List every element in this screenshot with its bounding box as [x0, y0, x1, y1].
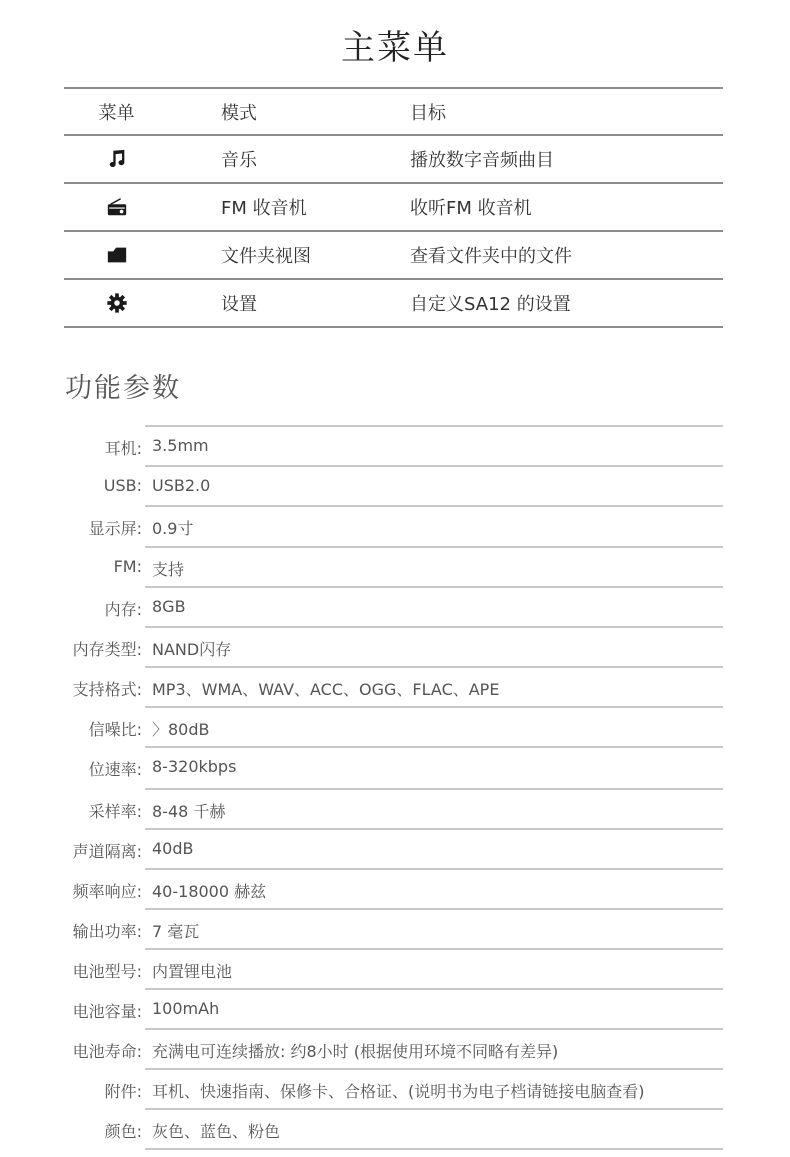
- spec-value: USB2.0: [152, 476, 210, 495]
- spec-label: FM:: [114, 557, 145, 576]
- spec-value: 8-48 千赫: [152, 799, 225, 822]
- spec-label: 附件:: [105, 1079, 145, 1102]
- menu-target-label: 播放数字音频曲目: [410, 146, 554, 172]
- spec-label: 电池型号:: [73, 959, 145, 982]
- spec-value: 灰色、蓝色、粉色: [152, 1119, 280, 1142]
- spec-row-colors: 颜色:灰色、蓝色、粉色: [145, 1108, 723, 1150]
- spec-row-formats: 支持格式:MP3、WMA、WAV、ACC、OGG、FLAC、APE: [145, 666, 723, 706]
- menu-target-label: 收听FM 收音机: [410, 194, 532, 220]
- menu-row-folder-view: 文件夹视图 查看文件夹中的文件: [64, 230, 723, 278]
- menu-row-settings: 设置 自定义SA12 的设置: [64, 278, 723, 328]
- spec-label: 声道隔离:: [73, 839, 145, 862]
- spec-row-battery-type: 电池型号:内置锂电池: [145, 948, 723, 988]
- spec-row-battery-capacity: 电池容量:100mAh: [145, 988, 723, 1028]
- spec-value: 7 毫瓦: [152, 919, 199, 942]
- spec-label: 频率响应:: [73, 879, 145, 902]
- menu-mode-label: 设置: [221, 290, 257, 316]
- spec-label: 输出功率:: [73, 919, 145, 942]
- spec-value: 8GB: [152, 597, 186, 616]
- spec-row-bitrate: 位速率:8-320kbps: [145, 746, 723, 788]
- spec-value: 3.5mm: [152, 436, 209, 455]
- folder-icon: [106, 244, 128, 266]
- specs-list: 耳机:3.5mm USB:USB2.0 显示屏:0.9寸 FM:支持 内存:8G…: [0, 425, 790, 1150]
- spec-value: 8-320kbps: [152, 757, 236, 776]
- spec-value: NAND闪存: [152, 637, 231, 660]
- spec-value: 100mAh: [152, 999, 219, 1018]
- spec-row-accessories: 附件:耳机、快速指南、保修卡、合格证、(说明书为电子档请链接电脑查看): [145, 1068, 723, 1108]
- menu-mode-label: 音乐: [221, 146, 257, 172]
- spec-value: 耳机、快速指南、保修卡、合格证、(说明书为电子档请链接电脑查看): [152, 1079, 645, 1102]
- spec-label: 内存:: [105, 597, 145, 620]
- menu-target-label: 自定义SA12 的设置: [410, 290, 571, 316]
- spec-row-channel-separation: 声道隔离:40dB: [145, 828, 723, 868]
- spec-row-sample-rate: 采样率:8-48 千赫: [145, 788, 723, 828]
- spec-row-snr: 信噪比:〉80dB: [145, 706, 723, 746]
- spec-row-output-power: 输出功率:7 毫瓦: [145, 908, 723, 948]
- spec-label: 显示屏:: [89, 516, 145, 539]
- spec-value: 〉80dB: [152, 717, 210, 740]
- spec-label: 内存类型:: [73, 637, 145, 660]
- spec-row-memory: 内存:8GB: [145, 586, 723, 626]
- spec-label: 颜色:: [105, 1119, 145, 1142]
- menu-target-label: 查看文件夹中的文件: [410, 242, 572, 268]
- spec-label: 电池容量:: [73, 999, 145, 1022]
- main-menu-table: 菜单 模式 目标 音乐 播放数字音频曲目 FM 收音机 收听FM 收音机: [64, 87, 723, 328]
- spec-row-memory-type: 内存类型:NAND闪存: [145, 626, 723, 666]
- spec-row-usb: USB:USB2.0: [145, 465, 723, 505]
- spec-value: 支持: [152, 557, 184, 580]
- spec-row-headphone: 耳机:3.5mm: [145, 425, 723, 465]
- spec-label: 支持格式:: [73, 677, 145, 700]
- page-title: 主菜单: [0, 20, 790, 69]
- spec-label: USB:: [104, 476, 145, 495]
- spec-label: 耳机:: [105, 436, 145, 459]
- radio-icon: [106, 196, 128, 218]
- spec-label: 信噪比:: [89, 717, 145, 740]
- music-note-icon: [106, 148, 128, 170]
- gear-icon: [106, 292, 128, 314]
- menu-row-fm-radio: FM 收音机 收听FM 收音机: [64, 182, 723, 230]
- header-mode: 模式: [221, 99, 257, 125]
- menu-mode-label: 文件夹视图: [221, 242, 311, 268]
- header-target: 目标: [410, 99, 446, 125]
- spec-row-fm: FM:支持: [145, 546, 723, 586]
- spec-value: 0.9寸: [152, 516, 193, 539]
- spec-value: 充满电可连续播放: 约8小时 (根据使用环境不同略有差异): [152, 1039, 558, 1062]
- spec-value: 40dB: [152, 839, 194, 858]
- spec-value: 40-18000 赫兹: [152, 879, 266, 902]
- spec-row-display: 显示屏:0.9寸: [145, 505, 723, 546]
- spec-row-battery-life: 电池寿命:充满电可连续播放: 约8小时 (根据使用环境不同略有差异): [145, 1028, 723, 1068]
- spec-label: 采样率:: [89, 799, 145, 822]
- spec-label: 位速率:: [89, 757, 145, 780]
- menu-table-header: 菜单 模式 目标: [64, 87, 723, 134]
- header-menu: 菜单: [64, 99, 169, 125]
- menu-mode-label: FM 收音机: [221, 194, 307, 220]
- spec-value: 内置锂电池: [152, 959, 232, 982]
- spec-label: 电池寿命:: [73, 1039, 145, 1062]
- spec-value: MP3、WMA、WAV、ACC、OGG、FLAC、APE: [152, 677, 499, 700]
- menu-row-music: 音乐 播放数字音频曲目: [64, 134, 723, 182]
- spec-row-frequency-response: 频率响应:40-18000 赫兹: [145, 868, 723, 908]
- specs-section-title: 功能参数: [65, 366, 181, 405]
